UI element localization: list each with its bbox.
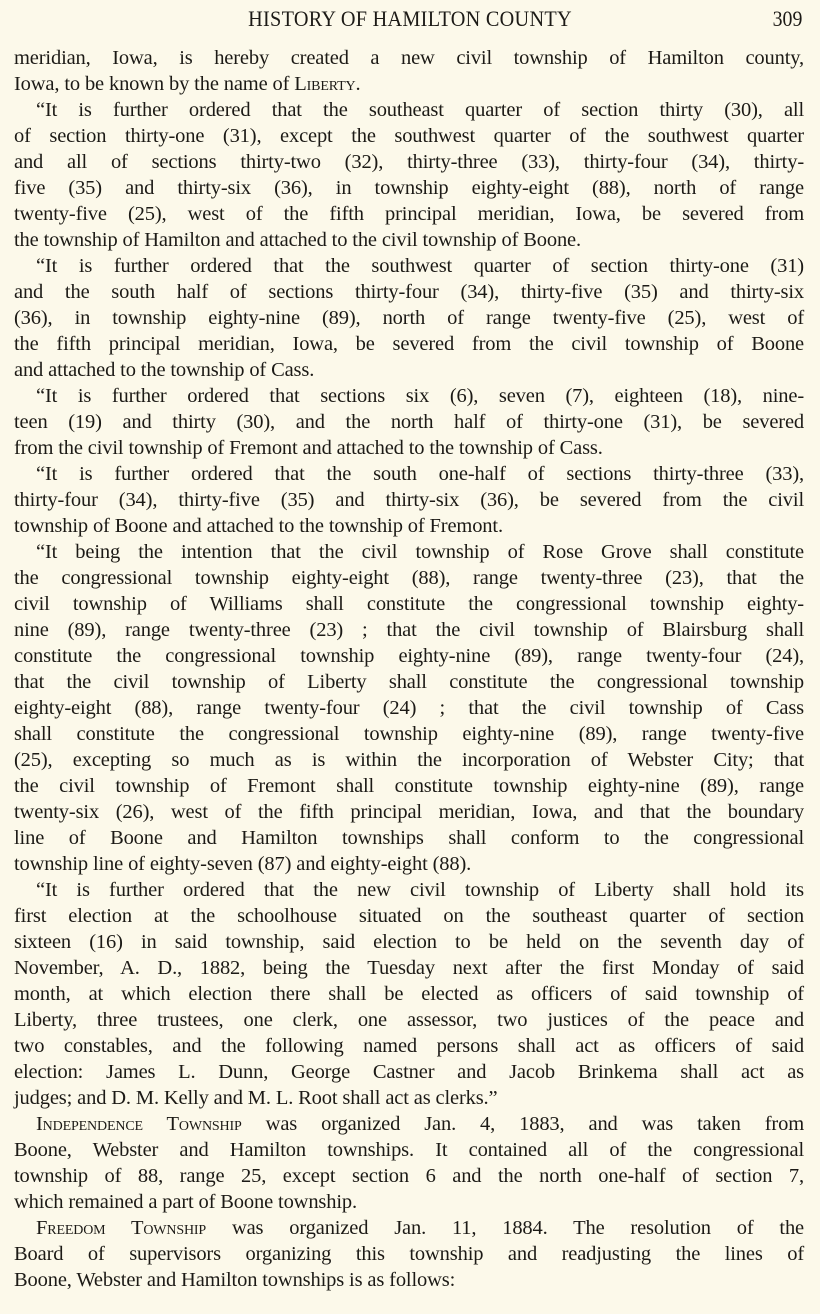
text-line: shall constitute the congressional towns… [14, 721, 804, 747]
paragraph-start-line: “It is further ordered that the new civi… [14, 877, 804, 903]
text-line: constitute the congressional township ei… [14, 643, 804, 669]
text-line: that the civil township of Liberty shall… [14, 669, 804, 695]
body-text: meridian, Iowa, is hereby created a new … [14, 45, 804, 1293]
text-line: the township of Hamilton and attached to… [14, 227, 804, 253]
text-line: eighty-eight (88), range twenty-four (24… [14, 695, 804, 721]
text-line: township of 88, range 25, except section… [14, 1163, 804, 1189]
text-line: and the south half of sections thirty-fo… [14, 279, 804, 305]
text-fragment: was organized Jan. 11, 1884. The resolut… [206, 1217, 804, 1239]
text-line: the congressional township eighty-eight … [14, 565, 804, 591]
text-line: month, at which election there shall be … [14, 981, 804, 1007]
text-line: twenty-five (25), west of the fifth prin… [14, 201, 804, 227]
text-line: first election at the schoolhouse situat… [14, 903, 804, 929]
text-line: Boone, Webster and Hamilton townships. I… [14, 1137, 804, 1163]
paragraph-start-line: “It is further ordered that the south on… [14, 461, 804, 487]
paragraph-start-line: “It is further ordered that sections six… [14, 383, 804, 409]
section-heading-independence-township: Independence Township [36, 1113, 242, 1135]
text-line: Liberty, three trustees, one clerk, one … [14, 1007, 804, 1033]
text-line: Board of supervisors organizing this tow… [14, 1241, 804, 1267]
book-page: HISTORY OF HAMILTON COUNTY 309 meridian,… [0, 0, 820, 1314]
text-line: two constables, and the following named … [14, 1033, 804, 1059]
text-line: election: James L. Dunn, George Castner … [14, 1059, 804, 1085]
page-number: 309 [773, 6, 803, 32]
text-line: township of Boone and attached to the to… [14, 513, 804, 539]
text-line: thirty-four (34), thirty-five (35) and t… [14, 487, 804, 513]
paragraph-start-line: “It is further ordered that the southeas… [14, 97, 804, 123]
running-title: HISTORY OF HAMILTON COUNTY [33, 6, 787, 32]
section-heading-freedom-township: Freedom Township [36, 1217, 206, 1239]
township-name-liberty: Liberty [294, 73, 355, 95]
text-line: from the civil township of Fremont and a… [14, 435, 804, 461]
text-fragment: . [355, 73, 360, 95]
text-line: teen (19) and thirty (30), and the north… [14, 409, 804, 435]
text-line: sixteen (16) in said township, said elec… [14, 929, 804, 955]
text-line: five (35) and thirty-six (36), in townsh… [14, 175, 804, 201]
text-line: (25), excepting so much as is within the… [14, 747, 804, 773]
text-line: (36), in township eighty-nine (89), nort… [14, 305, 804, 331]
text-line: judges; and D. M. Kelly and M. L. Root s… [14, 1085, 804, 1111]
paragraph-start-line: “It being the intention that the civil t… [14, 539, 804, 565]
text-line: Boone, Webster and Hamilton townships is… [14, 1267, 804, 1293]
text-line: Iowa, to be known by the name of Liberty… [14, 71, 804, 97]
text-line: nine (89), range twenty-three (23) ; tha… [14, 617, 804, 643]
text-line: civil township of Williams shall constit… [14, 591, 804, 617]
text-fragment: was organized Jan. 4, 1883, and was take… [242, 1113, 804, 1135]
text-fragment: Iowa, to be known by the name of [14, 73, 294, 95]
paragraph-start-line: Independence Township was organized Jan.… [14, 1111, 804, 1137]
text-line: and all of sections thirty-two (32), thi… [14, 149, 804, 175]
text-line: which remained a part of Boone township. [14, 1189, 804, 1215]
text-line: township line of eighty-seven (87) and e… [14, 851, 804, 877]
text-line: line of Boone and Hamilton townships sha… [14, 825, 804, 851]
paragraph-start-line: Freedom Township was organized Jan. 11, … [14, 1215, 804, 1241]
text-line: twenty-six (26), west of the fifth princ… [14, 799, 804, 825]
text-line: the civil township of Fremont shall cons… [14, 773, 804, 799]
text-line: and attached to the township of Cass. [14, 357, 804, 383]
text-line: meridian, Iowa, is hereby created a new … [14, 45, 804, 71]
paragraph-start-line: “It is further ordered that the southwes… [14, 253, 804, 279]
text-line: the fifth principal meridian, Iowa, be s… [14, 331, 804, 357]
running-head: HISTORY OF HAMILTON COUNTY 309 [0, 4, 820, 34]
text-line: of section thirty-one (31), except the s… [14, 123, 804, 149]
text-line: November, A. D., 1882, being the Tuesday… [14, 955, 804, 981]
